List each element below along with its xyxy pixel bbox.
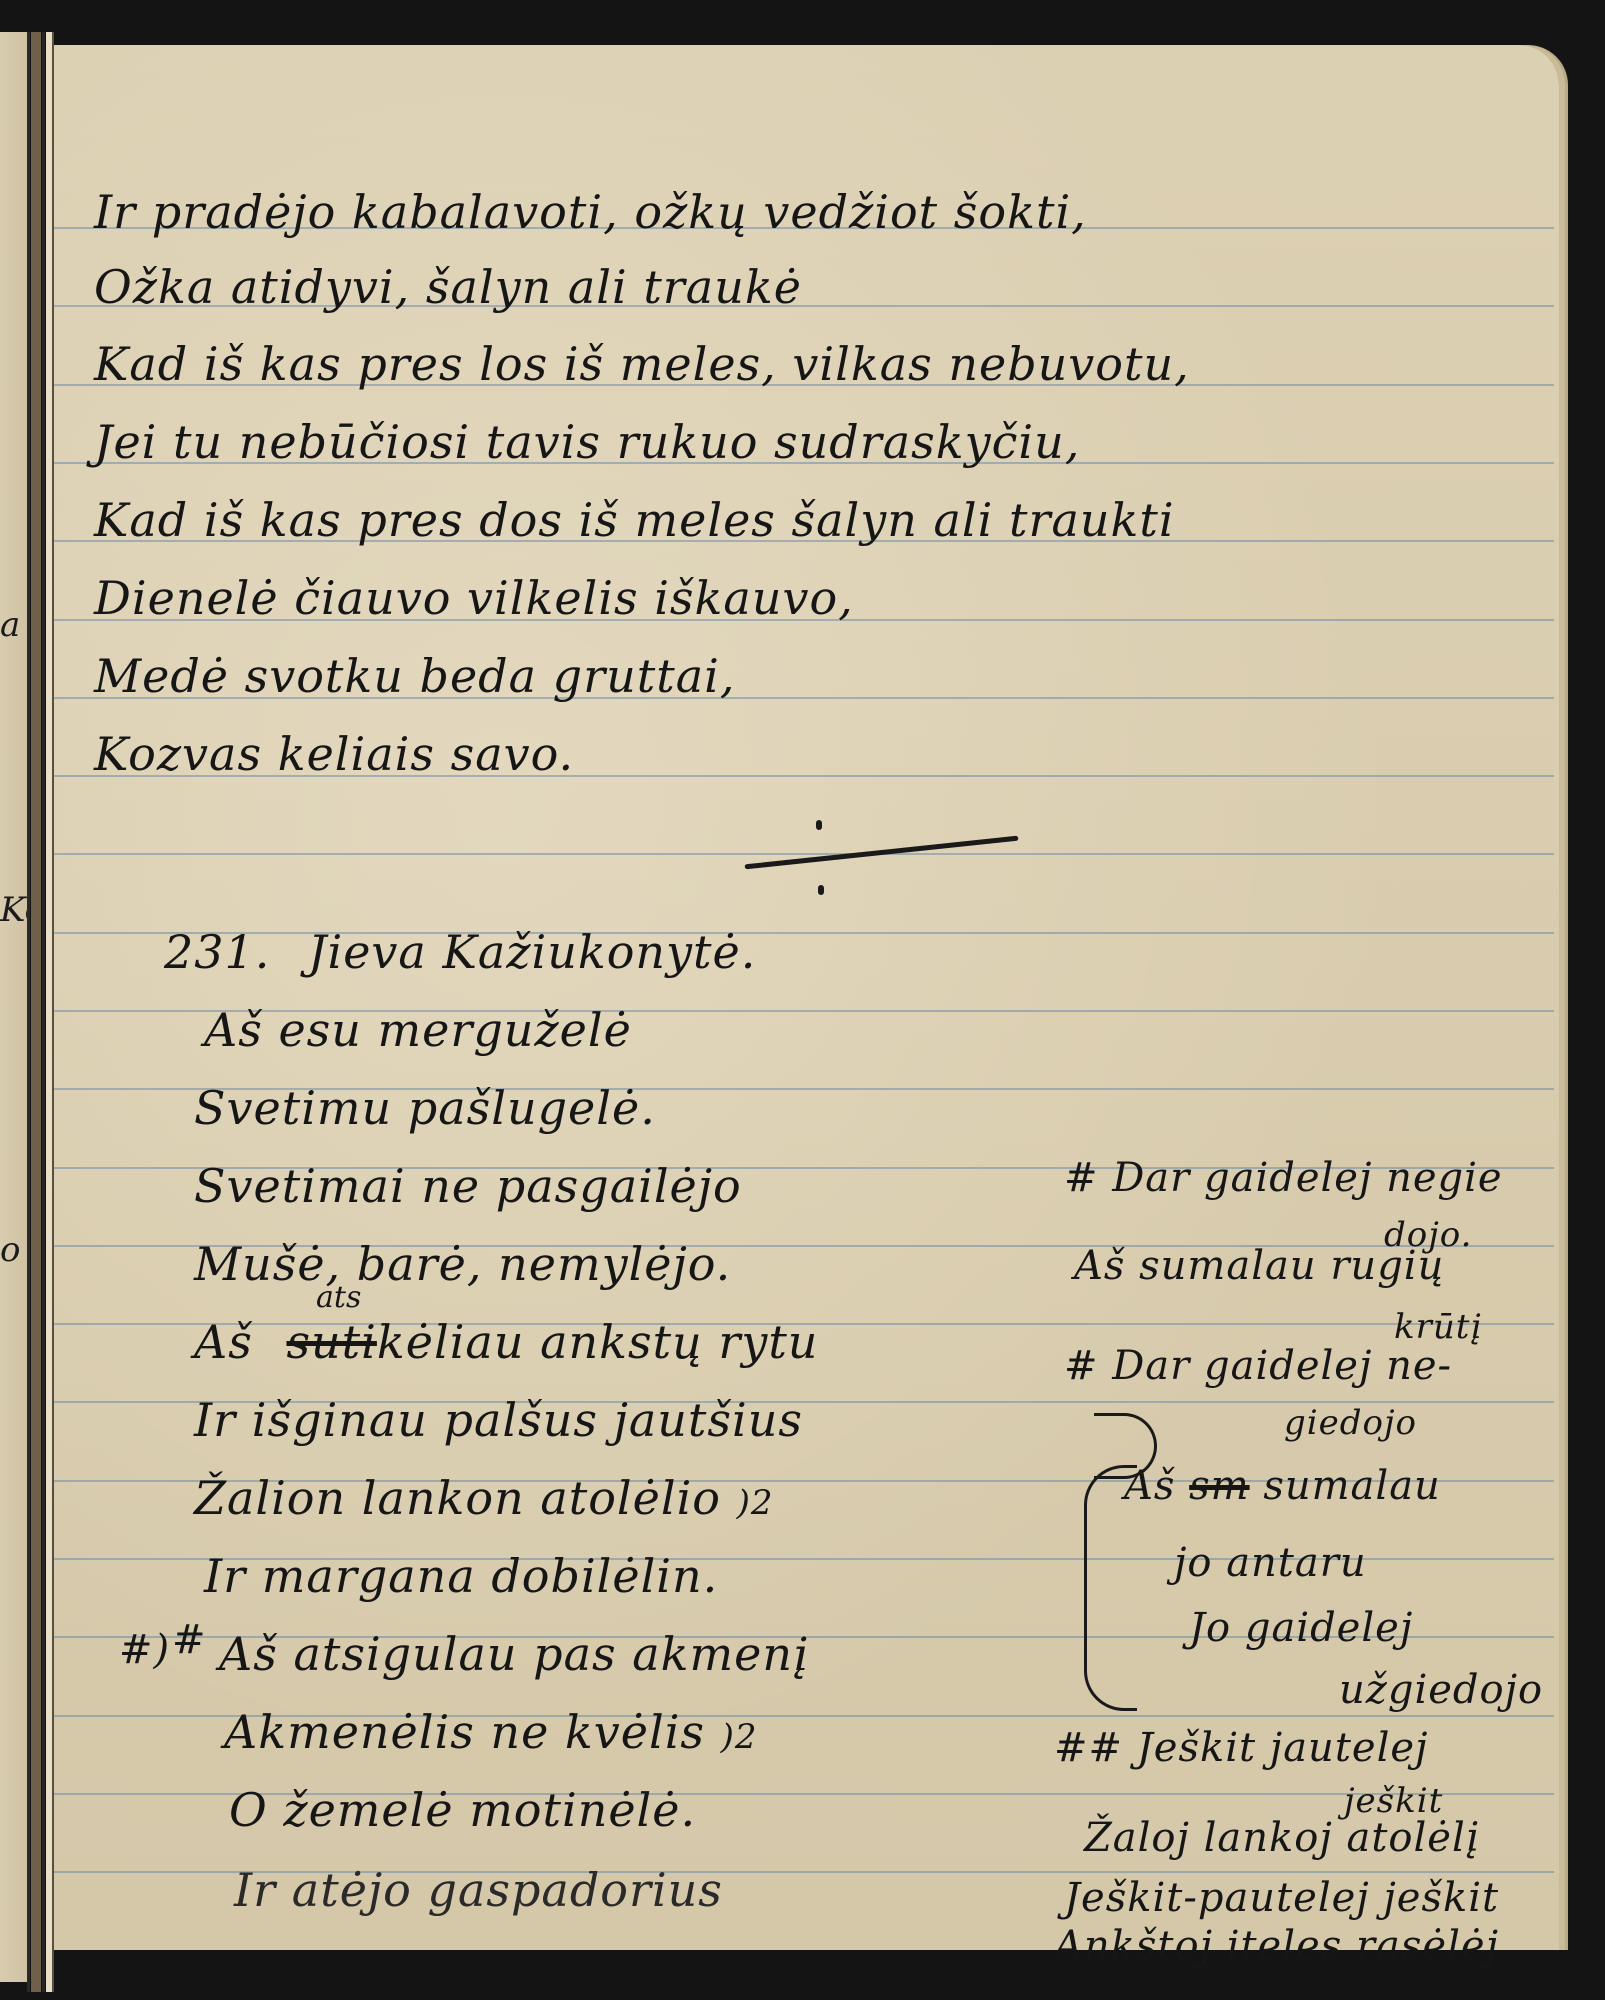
annotation-mark: # xyxy=(1064,1155,1099,1201)
previous-page-fragment: a xyxy=(0,605,30,645)
song-line-5-rest: kėliau ankstų rytu xyxy=(377,1315,819,1369)
binding-edge xyxy=(31,32,41,1992)
annotation-3-line-3: Ješkit-pautelej ješkit xyxy=(1064,1875,1499,1921)
song-line-5: Aš sutikėliau ankstų rytu xyxy=(194,1315,818,1369)
verse-line-6: Dienelė čiauvo vilkelis iškauvo, xyxy=(94,571,854,625)
song-line-3: Svetimai ne pasgailėjo xyxy=(194,1159,742,1213)
annotation-2-line-1: # Dar gaidelej ne- xyxy=(1064,1343,1452,1389)
song-line-8: Ir margana dobilėlin. xyxy=(204,1549,718,1603)
annotation-3-line-1: ## Ješkit jautelej xyxy=(1054,1725,1428,1771)
verse-line-8: Kozvas keliais savo. xyxy=(94,727,574,781)
annotation-2-line-2: Aš sm sumalau xyxy=(1124,1463,1441,1509)
song-line-7-text: Žalion lankon atolėlio xyxy=(194,1471,721,1525)
song-line-7: Žalion lankon atolėlio )2 xyxy=(194,1471,774,1525)
ruled-line xyxy=(54,853,1554,855)
annotation-mark: ## xyxy=(1054,1725,1123,1771)
song-line-10: Akmenėlis ne kvėlis )2 xyxy=(224,1705,758,1759)
annotation-text: Dar gaidelej ne- xyxy=(1112,1343,1452,1389)
annotation-2-line-1b: giedojo xyxy=(1284,1403,1417,1443)
previous-page-edge xyxy=(0,32,30,1982)
margin-mark: #) xyxy=(119,1627,170,1673)
verse-line-5: Kad iš kas pres dos iš meles šalyn ali t… xyxy=(94,493,1175,547)
annotation-2-line-4: Jo gaidelej xyxy=(1189,1605,1413,1651)
song-line-6: Ir išginau palšus jautšius xyxy=(194,1393,803,1447)
annotation-text: Ješkit jautelej xyxy=(1137,1725,1429,1771)
annotation-2-line-4b: užgiedojo xyxy=(1339,1667,1543,1713)
song-title: Jieva Kažiukonytė. xyxy=(308,925,756,979)
binding-edge xyxy=(42,32,45,1992)
annotation-2-line-3: jo antaru xyxy=(1174,1540,1367,1586)
inserted-text: ats xyxy=(316,1280,361,1315)
margin-mark: # xyxy=(172,1617,207,1663)
song-line-12: Ir atėjo gaspadorius xyxy=(234,1863,723,1917)
verse-line-4: Jei tu nebūčiosi tavis rukuo sudraskyčiu… xyxy=(94,415,1080,469)
song-line-11: O žemelė motinėlė. xyxy=(229,1783,696,1837)
song-line-1: Aš esu merguželė xyxy=(204,1003,632,1057)
struck-text: sm xyxy=(1189,1463,1249,1509)
song-line-4: Mušė, barė, nemylėjo. xyxy=(194,1237,731,1291)
annotation-3-line-4: Ankštoj iteles rasėlėj xyxy=(1054,1923,1499,1969)
previous-page-fragment: Ke xyxy=(0,890,30,930)
separator-dot xyxy=(816,820,822,830)
repeat-mark: )2 xyxy=(721,1717,758,1757)
annotation-1-line-2: Aš sumalau rugių xyxy=(1074,1243,1444,1289)
verse-line-2: Ožka atidyvi, šalyn ali traukė xyxy=(94,260,802,314)
previous-page-fragment: o xyxy=(0,1230,30,1270)
struck-text: suti xyxy=(286,1315,376,1369)
separator-dot xyxy=(818,885,824,895)
verse-line-7: Medė svotku beda gruttai, xyxy=(94,649,735,703)
binding-edge xyxy=(27,32,30,1992)
annotation-3-line-2: Žaloj lankoj atolėlį xyxy=(1084,1815,1480,1861)
song-line-5-start: Aš xyxy=(194,1315,253,1369)
song-line-10-text: Akmenėlis ne kvėlis xyxy=(224,1705,705,1759)
notebook-page: Ir pradėjo kabalavoti, ožkų vedžiot šokt… xyxy=(54,45,1559,1950)
annotation-1-line-2b: krūtį xyxy=(1394,1307,1482,1347)
song-line-2: Svetimu pašlugelė. xyxy=(194,1081,656,1135)
annotation-text: sumalau xyxy=(1263,1463,1440,1509)
annotation-mark: # xyxy=(1064,1343,1099,1389)
song-line-9: Aš atsigulau pas akmenį xyxy=(219,1627,809,1681)
song-header: 231. Jieva Kažiukonytė. xyxy=(164,925,756,979)
repeat-mark: )2 xyxy=(737,1483,774,1523)
song-number: 231. xyxy=(164,925,270,979)
verse-line-1: Ir pradėjo kabalavoti, ožkų vedžiot šokt… xyxy=(94,185,1087,239)
annotation-text: Dar gaidelej negie xyxy=(1112,1155,1502,1201)
bracket xyxy=(1084,1465,1137,1711)
annotation-1-line-1: # Dar gaidelej negie xyxy=(1064,1155,1503,1201)
verse-line-3: Kad iš kas pres los iš meles, vilkas neb… xyxy=(94,337,1190,391)
